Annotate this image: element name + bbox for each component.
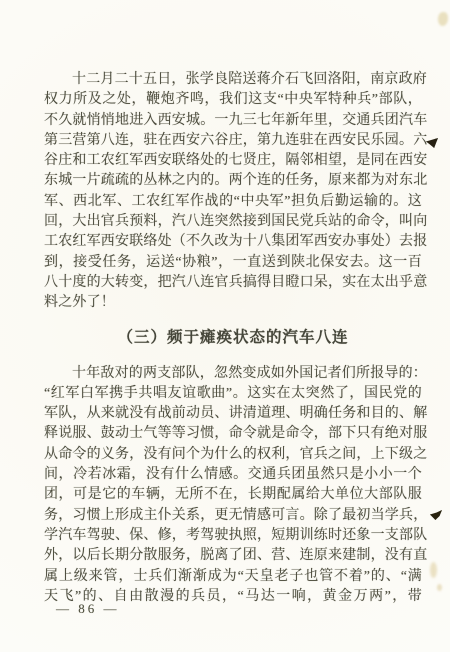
scanned-book-page: 十二月二十五日，张学良陪送蒋介石飞回洛阳，南京政府 权力所及之处，鞭炮齐鸣，我们… <box>0 0 450 652</box>
text-line: 十二月二十五日，张学良陪送蒋介石飞回洛阳，南京政府 <box>44 70 422 90</box>
ink-speck <box>426 138 438 148</box>
text-line: 军、西北军、工农红军作战的“中央军”担负后勤运输的。这 <box>44 192 422 212</box>
text-line: 不久就悄悄地进入西安城。一九三七年新年里，交通兵团汽车 <box>44 111 422 131</box>
text-line: 第三营第八连，驻在西安六谷庄，第九连驻在西安民乐园。六 <box>44 131 422 151</box>
text-line: 回，大出官兵预料，汽八连突然接到国民党兵站的命令，叫向 <box>44 212 422 232</box>
text-line: 间，冷若冰霜，没有什么情感。交通兵团虽然只是小小一个 <box>44 465 422 485</box>
text-line: 团，可是它的车辆，无所不在，长期配属给大单位大部队服 <box>44 485 422 505</box>
paper-stain <box>438 12 448 26</box>
text-line: “红军白军携手共唱友谊歌曲”。这实在太突然了，国民党的 <box>44 384 422 404</box>
paper-stain <box>437 584 442 591</box>
text-line: 从命令的义务，没有问个为什么的权利，官兵之间，上下级之 <box>44 445 422 465</box>
text-line: 东城一片疏疏的丛林之内的。两个连的任务，原来都为对东北 <box>44 171 422 191</box>
ink-speck <box>430 510 442 520</box>
text-line: 属上级来管，士兵们渐渐成为“天皇老子也管不着”的、“满 <box>44 567 422 587</box>
text-line: 释说服、鼓动士气等等习惯，命令就是命令，部下只有绝对服 <box>44 424 422 444</box>
text-line: 务，习惯上形成主仆关系，更无情感可言。除了最初当学兵， <box>44 506 422 526</box>
text-line: 军队，从来就没有战前动员、讲清道理、明确任务和目的、解 <box>44 404 422 424</box>
text-line: 十年敌对的两支部队，忽然变成如外国记者们所报导的： <box>44 364 422 384</box>
text-block: 十二月二十五日，张学良陪送蒋介石飞回洛阳，南京政府 权力所及之处，鞭炮齐鸣，我们… <box>44 70 422 607</box>
text-line: 权力所及之处，鞭炮齐鸣，我们这支“中央军特种兵”部队， <box>44 90 422 110</box>
text-line: 八十度的大转变，把汽八连官兵搞得目瞪口呆，实在太出乎意 <box>44 273 422 293</box>
text-line: 到，接受任务，运送“协粮”，一直送到陕北保安去。这一百 <box>44 253 422 273</box>
text-line: 外，以后长期分散服务，脱离了团、营、连原来建制，没有直 <box>44 546 422 566</box>
paper-stain <box>430 562 437 578</box>
page-number: — 86 — <box>56 601 120 617</box>
section-heading: （三）频于瘫痪状态的汽车八连 <box>44 325 422 351</box>
paragraph-1: 十二月二十五日，张学良陪送蒋介石飞回洛阳，南京政府 权力所及之处，鞭炮齐鸣，我们… <box>44 70 422 314</box>
text-line: 工农红军西安联络处（不久改为十八集团军西安办事处）去报 <box>44 232 422 252</box>
text-line: 料之外了！ <box>44 293 422 313</box>
paragraph-2: 十年敌对的两支部队，忽然变成如外国记者们所报导的： “红军白军携手共唱友谊歌曲”… <box>44 364 422 608</box>
text-line: 学汽车驾驶、保、修，考驾驶执照，短期训练时还象一支部队 <box>44 526 422 546</box>
text-line: 谷庄和工农红军西安联络处的七贤庄，隔邻相望，是同在西安 <box>44 151 422 171</box>
